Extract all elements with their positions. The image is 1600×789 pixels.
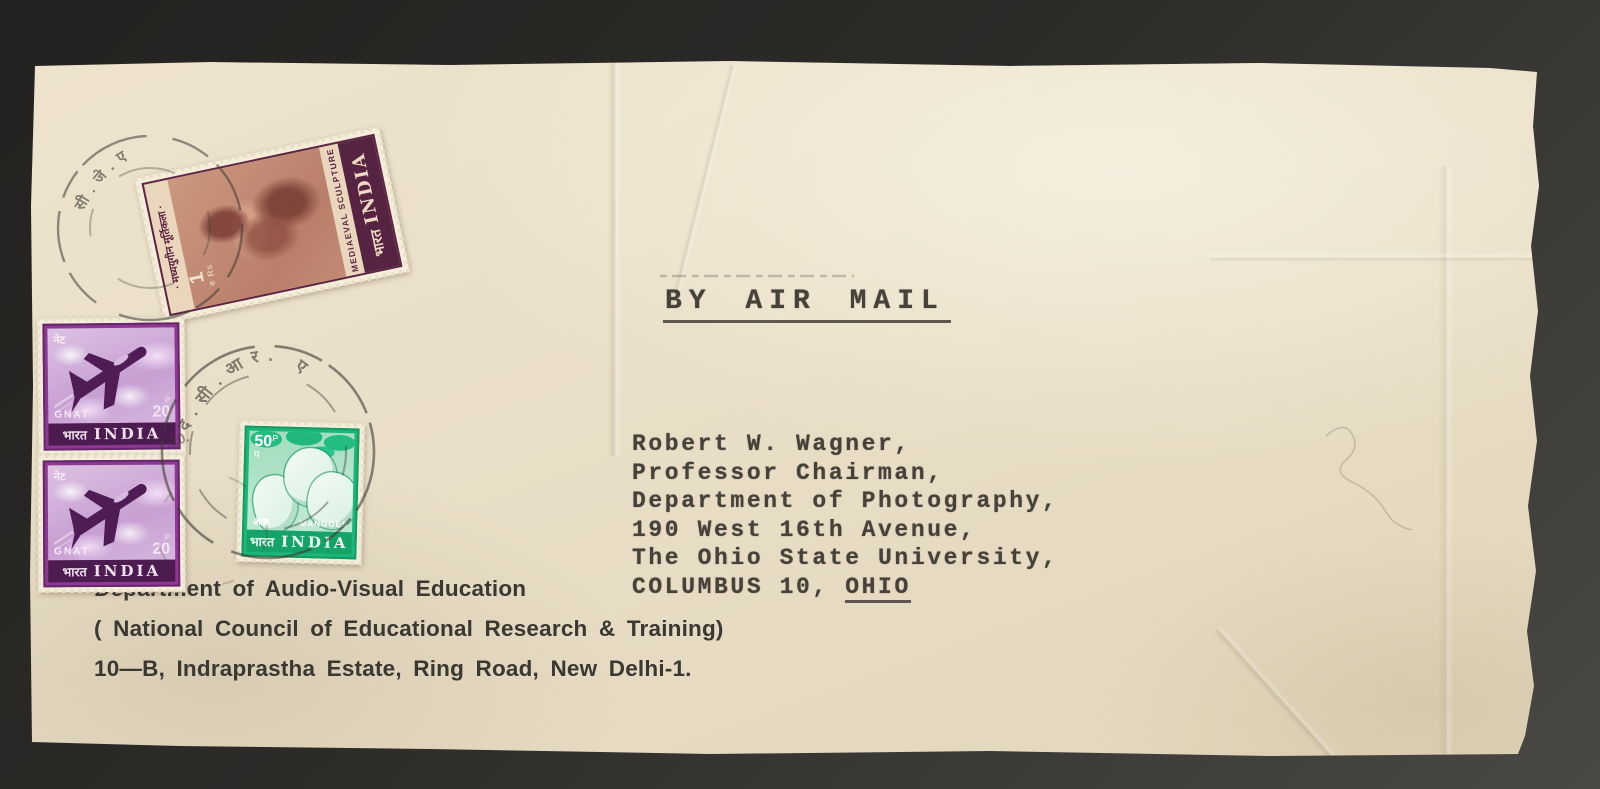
mango-country-band: भारत INDIA — [246, 530, 352, 555]
pencil-squiggle — [1326, 427, 1412, 530]
gnat-value: P20 — [152, 534, 170, 558]
sculpture-art: 1 रु Rs — [167, 148, 346, 309]
gnat-country-band: भारत INDIA — [48, 560, 175, 583]
city-text: COLUMBUS 10, — [632, 574, 845, 600]
sender-line: 10—B, Indraprastha Estate, Ring Road, Ne… — [94, 656, 724, 682]
mango-art: 50Pप आम MANGOES — [247, 431, 355, 533]
recipient-address: Robert W. Wagner, Professor Chairman, De… — [632, 430, 1058, 602]
crease — [608, 56, 622, 456]
country-latin: INDIA — [94, 424, 162, 443]
crease — [1213, 625, 1369, 789]
state-underlined: OHIO — [845, 574, 911, 603]
gnat-country-band: भारत INDIA — [48, 422, 175, 445]
sender-address: Department of Audio-Visual Education ( N… — [94, 576, 724, 696]
address-line: Professor Chairman, — [632, 459, 1058, 488]
gnat-native-name: नेट — [54, 469, 66, 484]
address-line: The Ohio State University, — [632, 544, 1058, 573]
gnat-value-number: 20 — [152, 403, 170, 420]
gnat-frame: नेट GNAT P20 भारत INDIA — [42, 322, 180, 450]
mango-value-devanagari: प — [254, 451, 278, 462]
mango-value: 50Pप — [254, 434, 279, 462]
envelope: Department of Audio-Visual Education ( N… — [30, 56, 1542, 758]
mango-value-number: 50 — [254, 433, 272, 450]
mango-frame: 50Pप आम MANGOES भारत INDIA — [241, 426, 359, 560]
country-latin: INDIA — [281, 533, 349, 553]
stamp-mangoes: 50Pप आम MANGOES भारत INDIA — [236, 420, 365, 564]
gnat-native-name: नेट — [53, 332, 65, 347]
stamp-mediaeval-sculpture: · मध्ययुगीन मूर्तिकला · 1 रु Rs MEDIAEVA… — [134, 127, 409, 324]
photo-backdrop: Department of Audio-Visual Education ( N… — [0, 0, 1600, 789]
airmail-text: BY AIR MAIL — [663, 286, 951, 323]
country-latin: INDIA — [348, 150, 384, 226]
sender-line: ( National Council of Educational Resear… — [94, 616, 724, 642]
gnat-value-number: 20 — [152, 541, 170, 558]
postmark-arc-text-1: सी.जे.ए — [70, 144, 135, 214]
address-line: Department of Photography, — [632, 487, 1058, 516]
address-line: 190 West 16th Avenue, — [632, 516, 1058, 545]
mango-native-name: आम — [253, 514, 270, 528]
gnat-label: GNAT — [54, 409, 90, 420]
gnat-frame: नेट GNAT P20 भारत INDIA — [43, 460, 181, 588]
country-devanagari: भारत — [366, 228, 390, 259]
gnat-sky: नेट GNAT P20 — [48, 465, 175, 561]
address-line: Robert W. Wagner, — [632, 430, 1058, 459]
country-devanagari: भारत — [63, 426, 87, 443]
country-devanagari: भारत — [250, 532, 275, 550]
crease — [1438, 166, 1454, 756]
sculpture-stamp-frame: · मध्ययुगीन मूर्तिकला · 1 रु Rs MEDIAEVA… — [141, 134, 402, 317]
mango-value-symbol: P — [272, 433, 278, 443]
gnat-value: P20 — [152, 396, 170, 420]
crease — [1210, 252, 1540, 262]
stamp-gnat-2: नेट GNAT P20 भारत INDIA — [38, 455, 186, 593]
sculpture-value-currency: रु Rs — [204, 263, 217, 286]
country-latin: INDIA — [94, 562, 161, 580]
address-line: COLUMBUS 10, OHIO — [632, 573, 1058, 602]
gnat-label: GNAT — [54, 546, 90, 557]
stamp-gnat-1: नेट GNAT P20 भारत INDIA — [37, 317, 185, 456]
sculpture-value: 1 रु Rs — [185, 263, 217, 290]
svg-text:सी.जे.ए: सी.जे.ए — [70, 144, 135, 214]
sender-line: Department of Audio-Visual Education — [94, 576, 724, 602]
airmail-marking: BY AIR MAIL — [663, 286, 951, 323]
gnat-sky: नेट GNAT P20 — [47, 327, 175, 423]
country-devanagari: भारत — [62, 563, 86, 580]
mango-label: MANGOES — [300, 519, 349, 529]
crease — [668, 65, 738, 310]
